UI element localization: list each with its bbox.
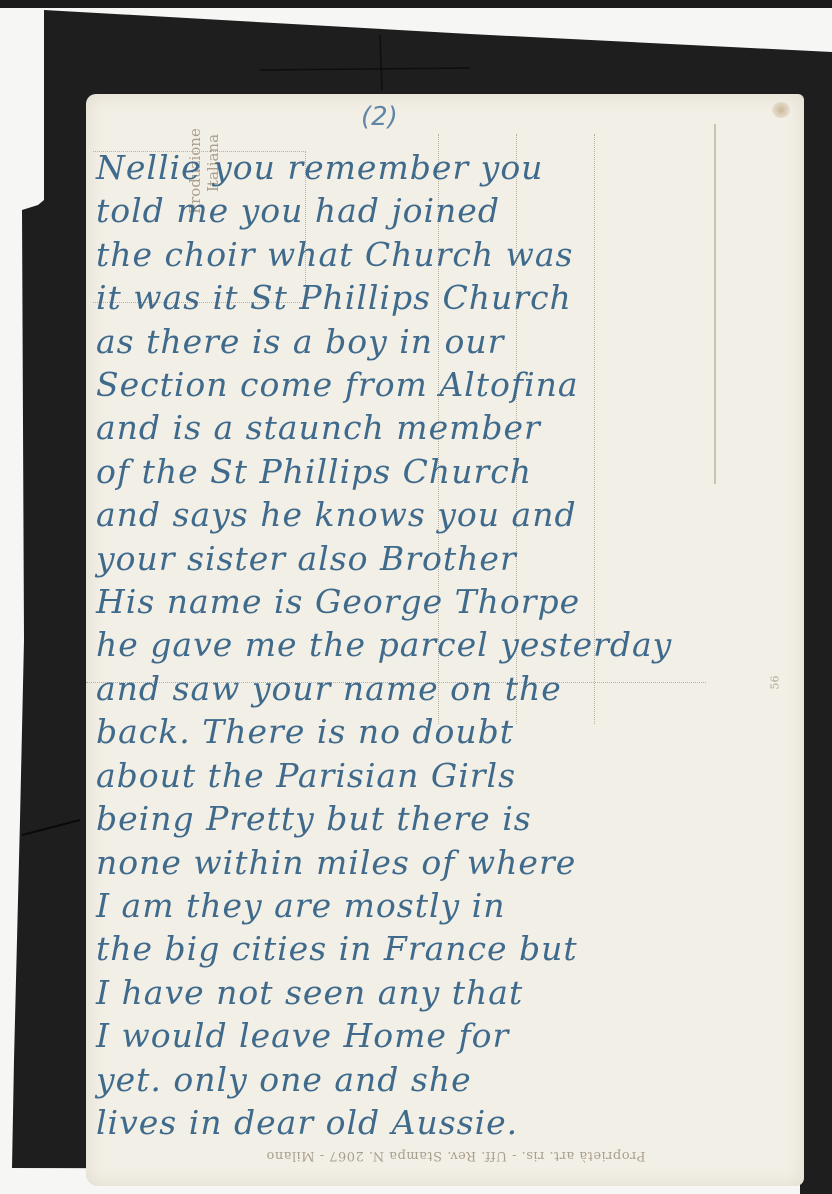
- printed-publisher-line: Proprietà art. ris. - Uff. Rev. Stampa N…: [266, 1148, 646, 1163]
- page-marker: (2): [361, 102, 398, 132]
- handwriting-line: lives in dear old Aussie.: [96, 1101, 796, 1144]
- handwriting-line: as there is a boy in our: [96, 320, 796, 363]
- postcard: Produzione Italiana 56 Proprietà art. ri…: [86, 94, 804, 1186]
- handwriting-line: of the St Phillips Church: [96, 450, 796, 493]
- handwritten-message: Nellie you remember you told me you had …: [96, 146, 796, 1144]
- handwriting-line: the big cities in France but: [96, 927, 796, 970]
- handwriting-line: your sister also Brother: [96, 537, 796, 580]
- handwriting-line: Section come from Altofina: [96, 363, 796, 406]
- handwriting-line: it was it St Phillips Church: [96, 276, 796, 319]
- handwriting-line: yet. only one and she: [96, 1058, 796, 1101]
- handwriting-line: none within miles of where: [96, 841, 796, 884]
- handwriting-line: back. There is no doubt: [96, 710, 796, 753]
- handwriting-line: and says he knows you and: [96, 493, 796, 536]
- handwriting-line: and is a staunch member: [96, 406, 796, 449]
- handwriting-line: I have not seen any that: [96, 971, 796, 1014]
- handwriting-line: I would leave Home for: [96, 1014, 796, 1057]
- handwriting-line: His name is George Thorpe: [96, 580, 796, 623]
- handwriting-line: and saw your name on the: [96, 667, 796, 710]
- handwriting-line: about the Parisian Girls: [96, 754, 796, 797]
- handwriting-line: being Pretty but there is: [96, 797, 796, 840]
- handwriting-line: he gave me the parcel yesterday: [96, 623, 796, 666]
- handwriting-line: I am they are mostly in: [96, 884, 796, 927]
- handwriting-line: told me you had joined: [96, 189, 796, 232]
- handwriting-line: Nellie you remember you: [96, 146, 796, 189]
- handwriting-line: the choir what Church was: [96, 233, 796, 276]
- paper-stain: [772, 102, 790, 118]
